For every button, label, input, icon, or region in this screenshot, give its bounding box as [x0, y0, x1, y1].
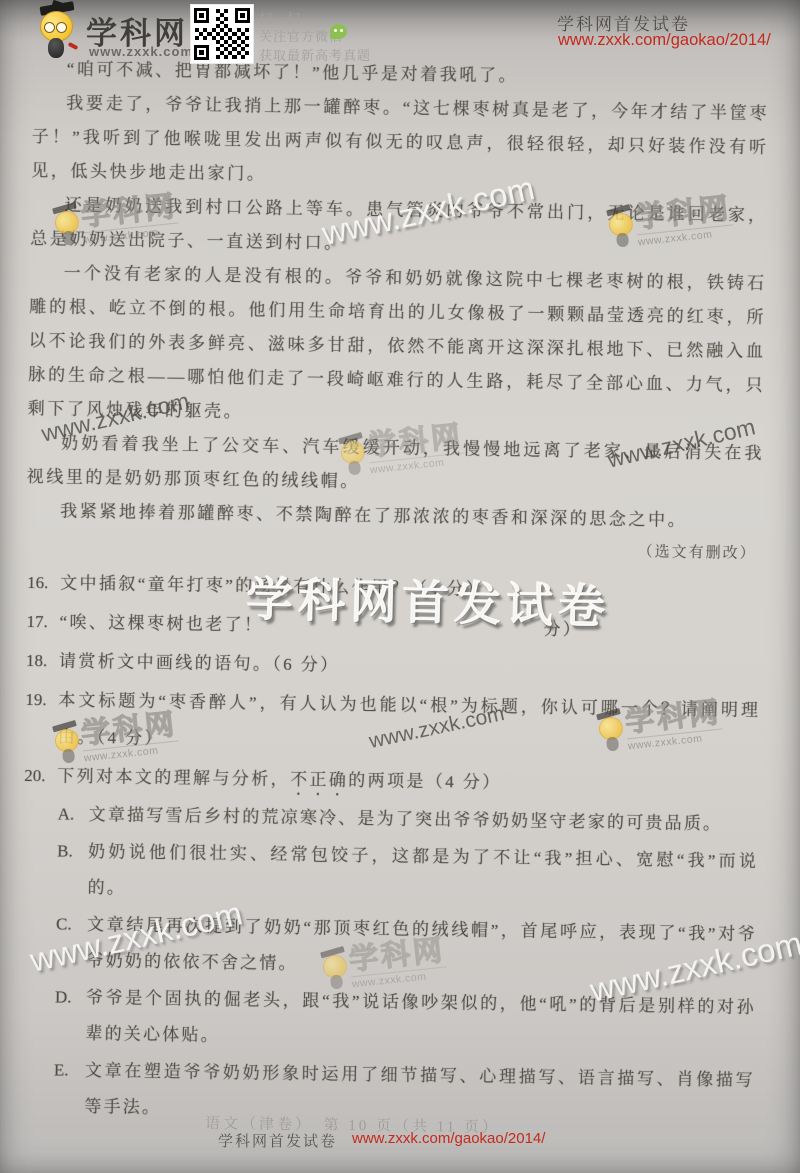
site-logo-url: www.zxxk.com — [89, 44, 193, 59]
question-text-visible-prefix: “唉、这棵枣树也老了！ — [59, 612, 263, 634]
option-text: 奶奶说他们很壮实、经常包饺子，这都是为了不让“我”担心、宽慰“我”而说的。 — [87, 842, 758, 898]
option-text: 文章在塑造爷爷奶奶形象时运用了细节描写、心理描写、语言描写、肖像描写等手法。 — [84, 1061, 755, 1117]
qr-code — [191, 5, 253, 63]
question-text-emphasized: 不正确 — [290, 770, 348, 790]
footer-release-title: 学科网首发试卷 — [218, 1130, 337, 1151]
zxxk-header-banner: 学科网 www.zxxk.com 扫一扫 关注官方微信 获取最新高考真题 学科网… — [0, 0, 800, 72]
question-number: 18. — [26, 642, 48, 679]
zxxk-mascot-icon — [318, 946, 352, 993]
question-number: 16. — [27, 564, 49, 601]
question-text: 请赏析文中画线的语句。（6 分） — [59, 651, 340, 674]
question-number: 20. — [24, 757, 46, 794]
option-text: 文章描写雪后乡村的荒凉寒冷、是为了突出爷爷奶奶坚守老家的可贵品质。 — [89, 805, 723, 833]
option-letter: E. — [54, 1052, 69, 1088]
question-number: 19. — [25, 681, 47, 718]
wechat-chat-icon — [330, 24, 347, 39]
option-E: E. 文章在塑造爷爷奶奶形象时运用了细节描写、心理描写、语言描写、肖像描写等手法… — [17, 1052, 755, 1135]
zxxk-mascot-icon — [604, 204, 638, 251]
option-letter: A. — [57, 796, 74, 832]
zxxk-mascot-icon — [594, 708, 628, 755]
option-letter: B. — [57, 833, 73, 869]
zxxk-mascot-icon — [50, 720, 84, 767]
qr-caption-scan: 扫一扫 — [259, 8, 301, 27]
qr-caption-gaokao: 获取最新高考真题 — [259, 45, 371, 64]
question-text: 下列对本文的理解与分析， — [57, 766, 290, 788]
passage-paragraph: 我要走了，爷爷让我捎上那一罐醉枣。“这七棵枣树真是老了，今年才结了半筐枣子！”我… — [31, 86, 769, 199]
first-release-watermark: 学科网首发试卷 — [245, 562, 610, 637]
question-number: 17. — [26, 603, 48, 640]
option-B: B. 奶奶说他们很壮实、经常包饺子，这都是为了不让“我”担心、宽慰“我”而说的。 — [20, 833, 758, 916]
option-text: 爷爷是个固执的倔老头，跟“我”说话像吵架似的，他“吼”的背后是别样的对孙辈的关心… — [85, 988, 756, 1045]
question-text: 的两项是（4 分） — [348, 771, 502, 792]
zxxk-mascot-icon — [50, 202, 84, 249]
zxxk-mascot-logo-icon — [36, 4, 84, 62]
zxxk-mascot-icon — [336, 432, 370, 479]
header-gaokao-url: www.zxxk.com/gaokao/2014/ — [558, 31, 771, 50]
option-letter: D. — [55, 979, 72, 1015]
footer-gaokao-url: www.zxxk.com/gaokao/2014/ — [352, 1130, 545, 1147]
scanned-exam-page: 语文（津卷） 第 10 页（共 11 页） “咱可不减、把胃都减坏了！”他几乎是… — [0, 0, 800, 1173]
